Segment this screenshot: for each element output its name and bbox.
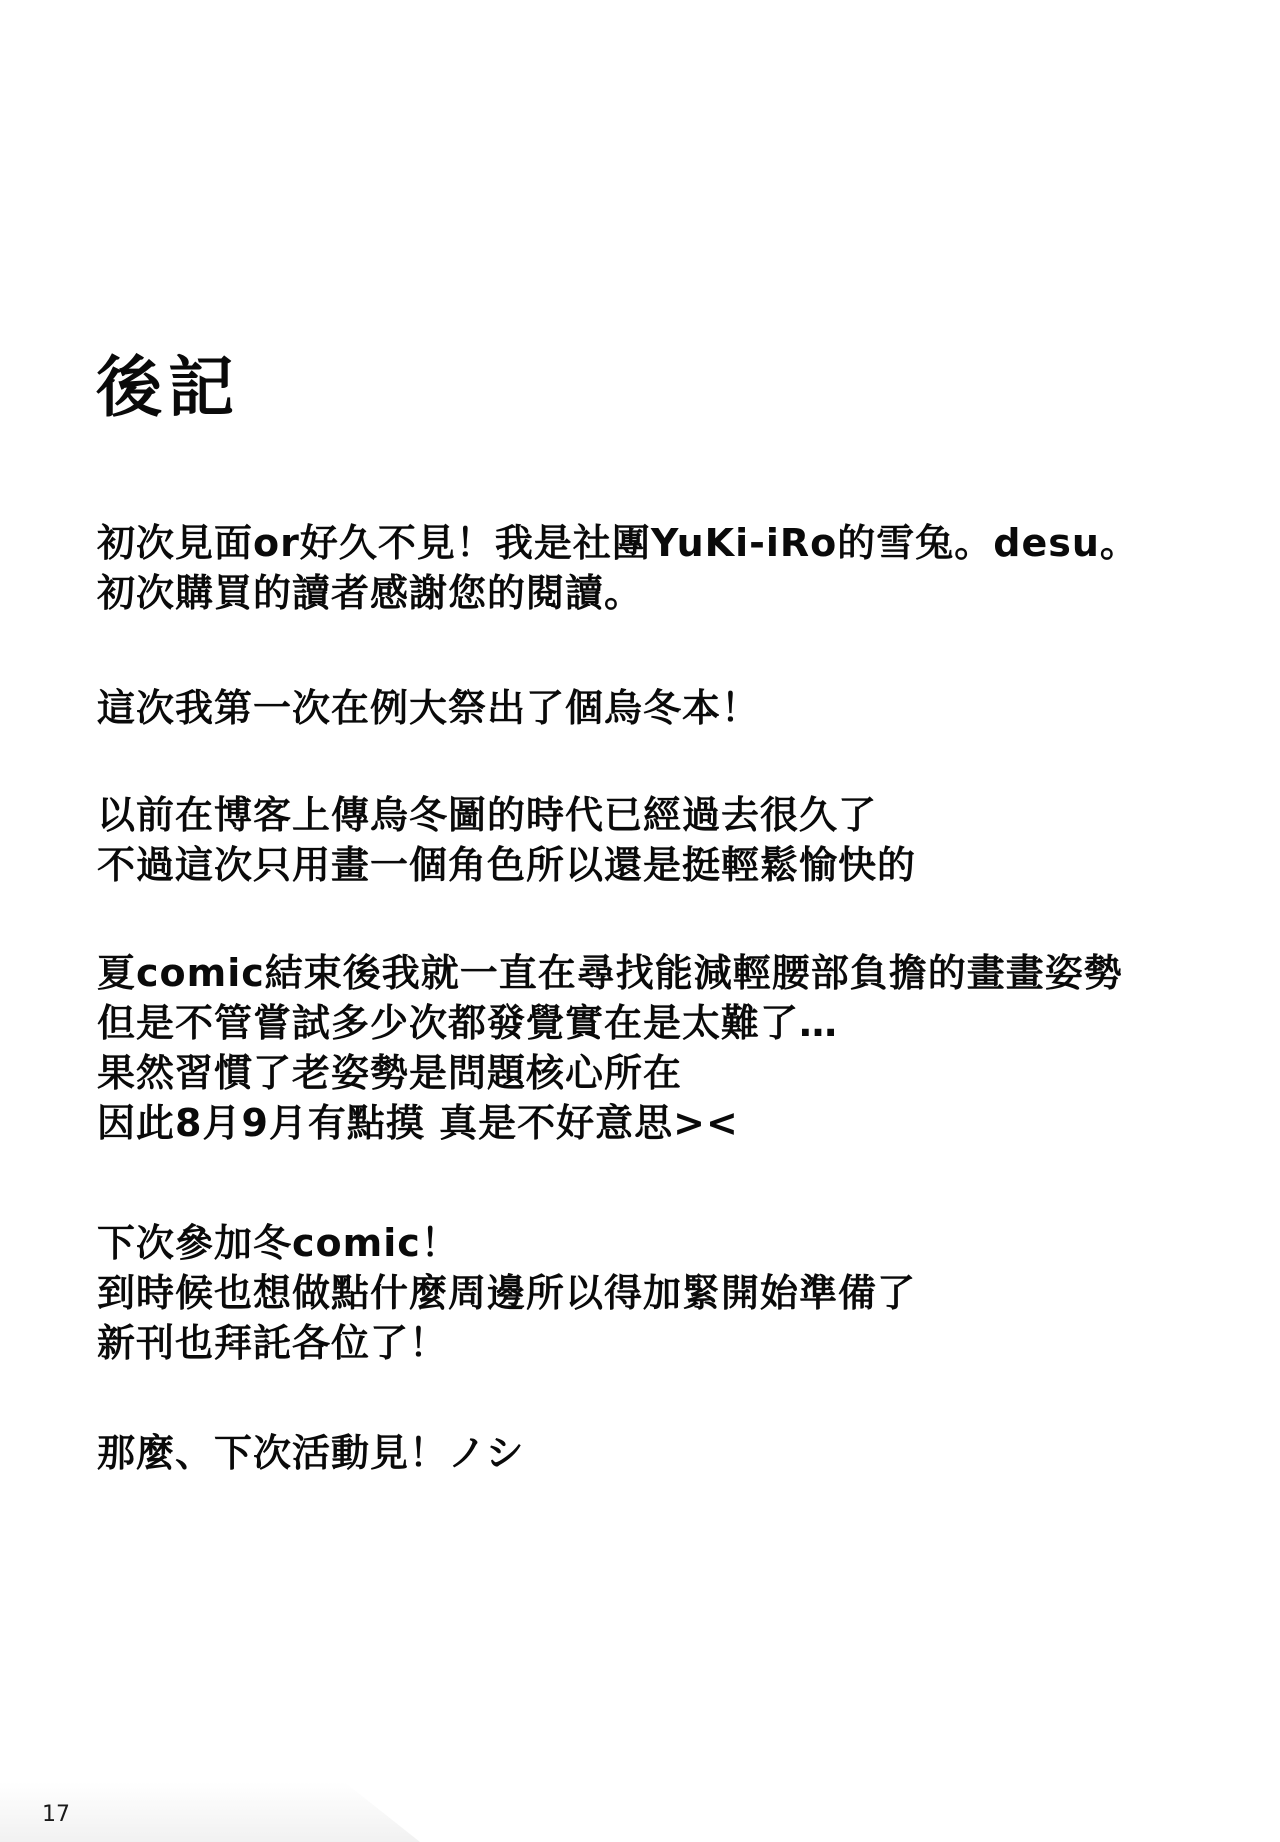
page-number: 17 [42, 1800, 70, 1830]
paragraph-1-line-1: 初次見面or好久不見！我是社團YuKi-iRo的雪兔。desu。 [97, 518, 1139, 568]
paragraph-4-line-1: 夏comic結束後我就一直在尋找能減輕腰部負擔的畫畫姿勢 [97, 948, 1123, 998]
paragraph-2-line-1: 這次我第一次在例大祭出了個烏冬本！ [97, 683, 760, 733]
paragraph-5-line-1: 下次參加冬comic！ [97, 1218, 460, 1268]
paragraph-4-line-3: 果然習慣了老姿勢是問題核心所在 [97, 1048, 682, 1098]
paragraph-4-line-4: 因此8月9月有點摸 真是不好意思>< [97, 1098, 739, 1148]
paragraph-3-line-2: 不過這次只用畫一個角色所以還是挺輕鬆愉快的 [97, 840, 916, 890]
paragraph-4-line-2: 但是不管嘗試多少次都發覺實在是太難了… [97, 998, 838, 1048]
paragraph-1-line-2: 初次購買的讀者感謝您的閱讀。 [97, 568, 643, 618]
page-title: 後記 [96, 348, 240, 428]
paragraph-3-line-1: 以前在博客上傳烏冬圖的時代已經過去很久了 [97, 790, 877, 840]
paragraph-5-line-3: 新刊也拜託各位了！ [97, 1318, 448, 1368]
paragraph-5-line-2: 到時候也想做點什麼周邊所以得加緊開始準備了 [97, 1268, 916, 1318]
afterword-page: 後記 初次見面or好久不見！我是社團YuKi-iRo的雪兔。desu。 初次購買… [0, 0, 1280, 1842]
paragraph-6-line-1: 那麼、下次活動見！ノシ [97, 1428, 524, 1478]
